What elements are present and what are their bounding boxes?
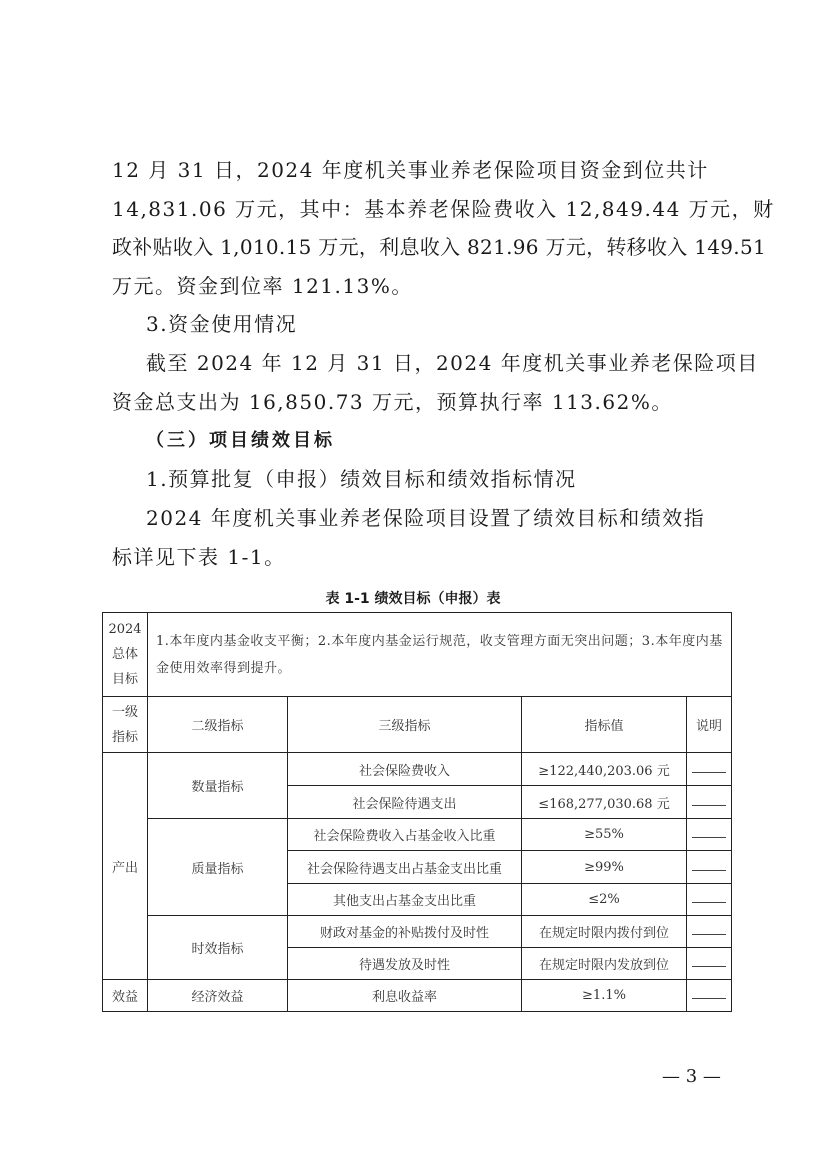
blank-dash <box>692 892 726 903</box>
goal-label-line: 2024 <box>105 617 145 642</box>
paragraph-1-line-3: 政补贴收入 1,010.15 万元，利息收入 821.96 万元，转移收入 14… <box>112 231 766 260</box>
table-row-overall-goal: 2024 总体 目标 1.本年度内基金收支平衡；2.本年度内基金运行规范，收支管… <box>103 613 732 697</box>
header-line: 一级 <box>105 700 145 725</box>
header-value: 指标值 <box>522 697 687 753</box>
overall-goal-text: 1.本年度内基金收支平衡；2.本年度内基金运行规范，收支管理方面无突出问题；3.… <box>148 613 732 697</box>
table-row: 时效指标 财政对基金的补贴拨付及时性 在规定时限内拨付到位 <box>103 916 732 948</box>
item-heading-budget-goals: 1.预算批复（申报）绩效目标和绩效指标情况 <box>146 463 577 492</box>
text-segment: 万元。资金到位率 121.13%。 <box>112 274 413 298</box>
level3-cell: 待遇发放及时性 <box>288 948 522 980</box>
header-line: 指标 <box>105 725 145 750</box>
level2-quantity: 数量指标 <box>148 753 288 819</box>
text-segment: 12 月 31 日， <box>112 158 257 182</box>
level2-timeliness: 时效指标 <box>148 916 288 980</box>
level3-cell: 社会保险待遇支出 <box>288 786 522 819</box>
note-cell <box>687 851 732 884</box>
paragraph-1-line-1: 12 月 31 日，2024 年度机关事业养老保险项目资金到位共计 <box>112 154 709 183</box>
paragraph-3-line-2: 标详见下表 1-1。 <box>112 541 286 570</box>
paragraph-1-line-4: 万元。资金到位率 121.13%。 <box>112 270 413 299</box>
subsection-heading-performance-goals: （三）项目绩效目标 <box>146 426 335 452</box>
note-cell <box>687 980 732 1012</box>
paragraph-2-line-2: 资金总支出为 16,850.73 万元，预算执行率 113.62%。 <box>112 386 673 415</box>
level3-cell: 社会保险待遇支出占基金支出比重 <box>288 851 522 884</box>
blank-dash <box>692 795 726 806</box>
note-cell <box>687 948 732 980</box>
header-level1: 一级 指标 <box>103 697 148 753</box>
blank-dash <box>692 956 726 967</box>
blank-dash <box>692 924 726 935</box>
header-note: 说明 <box>687 697 732 753</box>
level3-cell: 其他支出占基金支出比重 <box>288 884 522 916</box>
value-cell: ≤168,277,030.68 元 <box>522 786 687 819</box>
page-number: — 3 — <box>662 1066 721 1087</box>
table-header-row: 一级 指标 二级指标 三级指标 指标值 说明 <box>103 697 732 753</box>
blank-dash <box>692 827 726 838</box>
blank-dash <box>692 762 726 773</box>
note-cell <box>687 916 732 948</box>
value-cell: 在规定时限内拨付到位 <box>522 916 687 948</box>
value-cell: ≤2% <box>522 884 687 916</box>
overall-goal-label: 2024 总体 目标 <box>103 613 148 697</box>
paragraph-3-line-1: 2024 年度机关事业养老保险项目设置了绩效目标和绩效指 <box>146 502 705 531</box>
table-caption: 表 1-1 绩效目标（申报）表 <box>0 588 826 608</box>
blank-dash <box>692 988 726 999</box>
level1-output: 产出 <box>103 753 148 980</box>
level2-quality: 质量指标 <box>148 819 288 916</box>
level2-economic: 经济效益 <box>148 980 288 1012</box>
level3-cell: 社会保险费收入占基金收入比重 <box>288 819 522 851</box>
level3-cell: 利息收益率 <box>288 980 522 1012</box>
note-cell <box>687 884 732 916</box>
text-segment: 2024 年度机关事业养老保险项目资金到位共计 <box>257 158 709 182</box>
level1-benefit: 效益 <box>103 980 148 1012</box>
section-heading-fund-usage: 3.资金使用情况 <box>146 308 297 337</box>
text-segment: 政补贴收入 1,010.15 万元，利息收入 821.96 万元，转移收入 14… <box>112 235 766 259</box>
level3-cell: 财政对基金的补贴拨付及时性 <box>288 916 522 948</box>
note-cell <box>687 819 732 851</box>
table-row: 质量指标 社会保险费收入占基金收入比重 ≥55% <box>103 819 732 851</box>
value-cell: ≥55% <box>522 819 687 851</box>
paragraph-2-line-1: 截至 2024 年 12 月 31 日，2024 年度机关事业养老保险项目 <box>146 347 759 376</box>
level3-cell: 社会保险费收入 <box>288 753 522 786</box>
note-cell <box>687 753 732 786</box>
value-cell: ≥1.1% <box>522 980 687 1012</box>
value-cell: ≥99% <box>522 851 687 884</box>
note-cell <box>687 786 732 819</box>
blank-dash <box>692 860 726 871</box>
value-cell: ≥122,440,203.06 元 <box>522 753 687 786</box>
goal-label-line: 目标 <box>105 667 145 692</box>
paragraph-1-line-2: 14,831.06 万元，其中：基本养老保险费收入 12,849.44 万元，财 <box>112 193 775 222</box>
table-row: 产出 数量指标 社会保险费收入 ≥122,440,203.06 元 <box>103 753 732 786</box>
header-level3: 三级指标 <box>288 697 522 753</box>
header-level2: 二级指标 <box>148 697 288 753</box>
value-cell: 在规定时限内发放到位 <box>522 948 687 980</box>
text-segment: 14,831.06 万元，其中：基本养老保险费收入 12,849.44 万元，财 <box>112 197 775 221</box>
goal-label-line: 总体 <box>105 642 145 667</box>
table-row: 效益 经济效益 利息收益率 ≥1.1% <box>103 980 732 1012</box>
performance-goals-table: 2024 总体 目标 1.本年度内基金收支平衡；2.本年度内基金运行规范，收支管… <box>102 612 732 1012</box>
